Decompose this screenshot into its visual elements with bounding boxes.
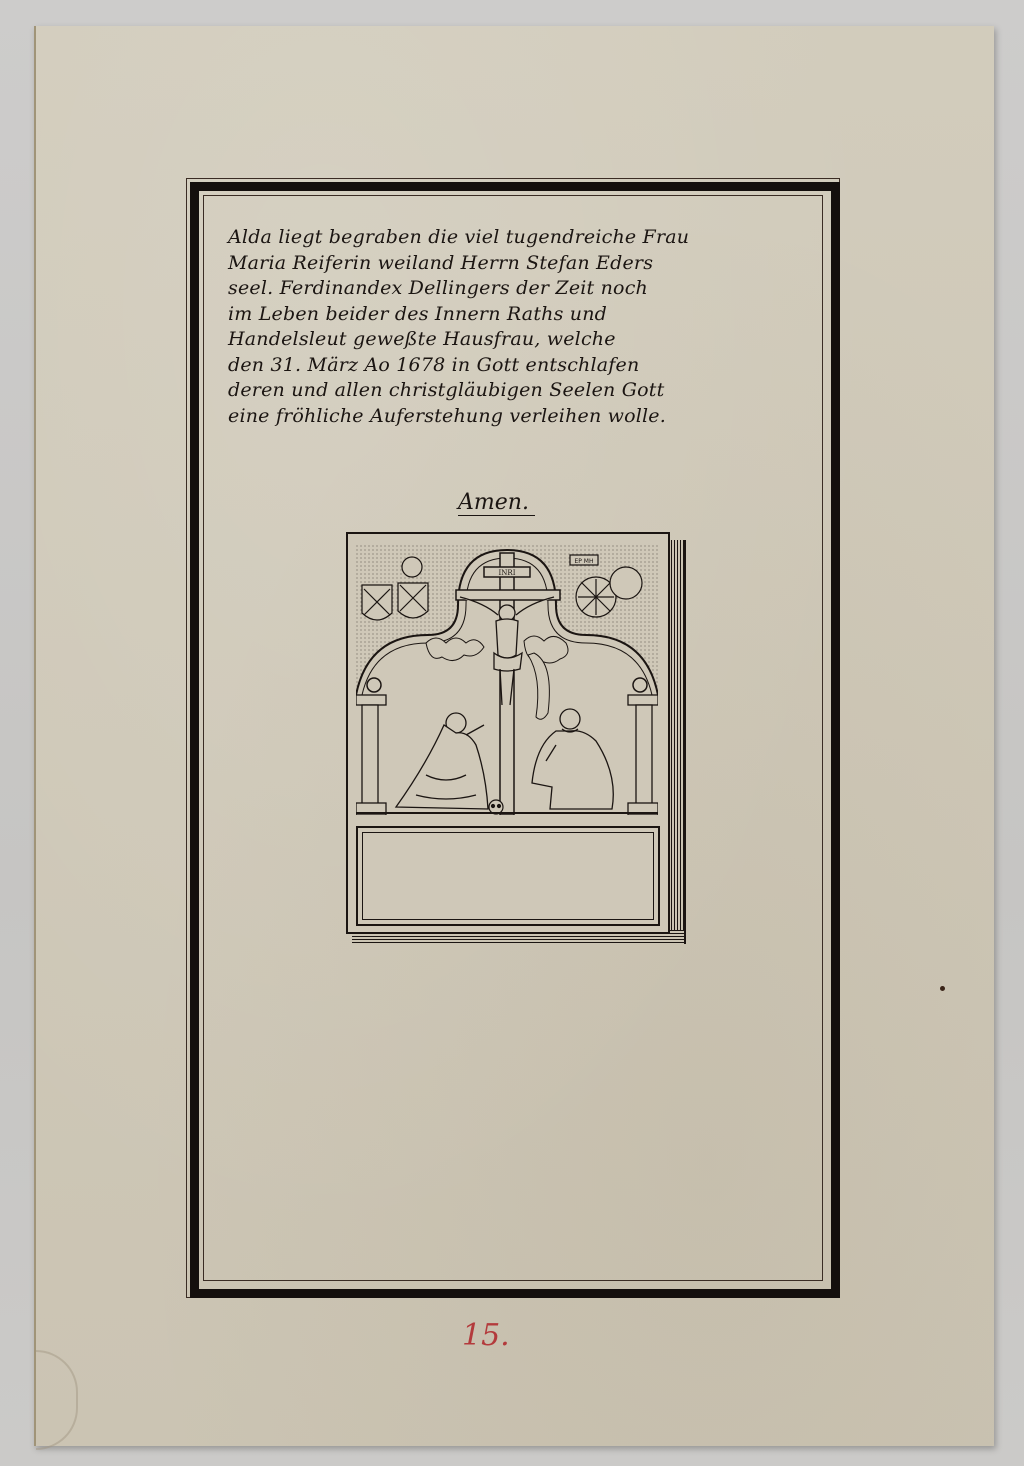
pillar-right: [628, 695, 658, 815]
inscription-line: deren und allen christgläubigen Seelen G…: [228, 378, 800, 404]
blank-inscription-panel: [356, 826, 660, 926]
inscription-line: Handelsleut geweßte Hausfrau, welche: [228, 327, 800, 353]
inscription-line: seel. Ferdinandex Dellingers der Zeit no…: [228, 276, 800, 302]
inscription-line: den 31. März Ao 1678 in Gott entschlafen: [228, 353, 800, 379]
plate-side-edge: [668, 540, 686, 944]
epitaph-inscription: Alda liegt begraben die viel tugendreich…: [228, 225, 800, 429]
inscription-closing: Amen.: [458, 490, 535, 516]
inscription-line: eine fröhliche Auferstehung verleihen wo…: [228, 404, 800, 430]
inscription-line: im Leben beider des Innern Raths und: [228, 302, 800, 328]
kneeling-woman: [396, 713, 488, 809]
kneeling-man: [532, 709, 613, 809]
volute-right: [633, 678, 647, 692]
skull: [489, 800, 503, 814]
crucifixion-relief: EP MH INRI: [356, 545, 658, 815]
pillar-left: [356, 695, 386, 815]
volute-left: [367, 678, 381, 692]
page-number: 15.: [462, 1318, 510, 1353]
ink-spot: [940, 986, 945, 991]
inscription-line: Alda liegt begraben die viel tugendreich…: [228, 225, 800, 251]
banner-initials: EP MH: [574, 558, 593, 565]
inscription-line: Maria Reiferin weiland Herrn Stefan Eder…: [228, 251, 800, 277]
inri-plaque: INRI: [499, 569, 516, 577]
